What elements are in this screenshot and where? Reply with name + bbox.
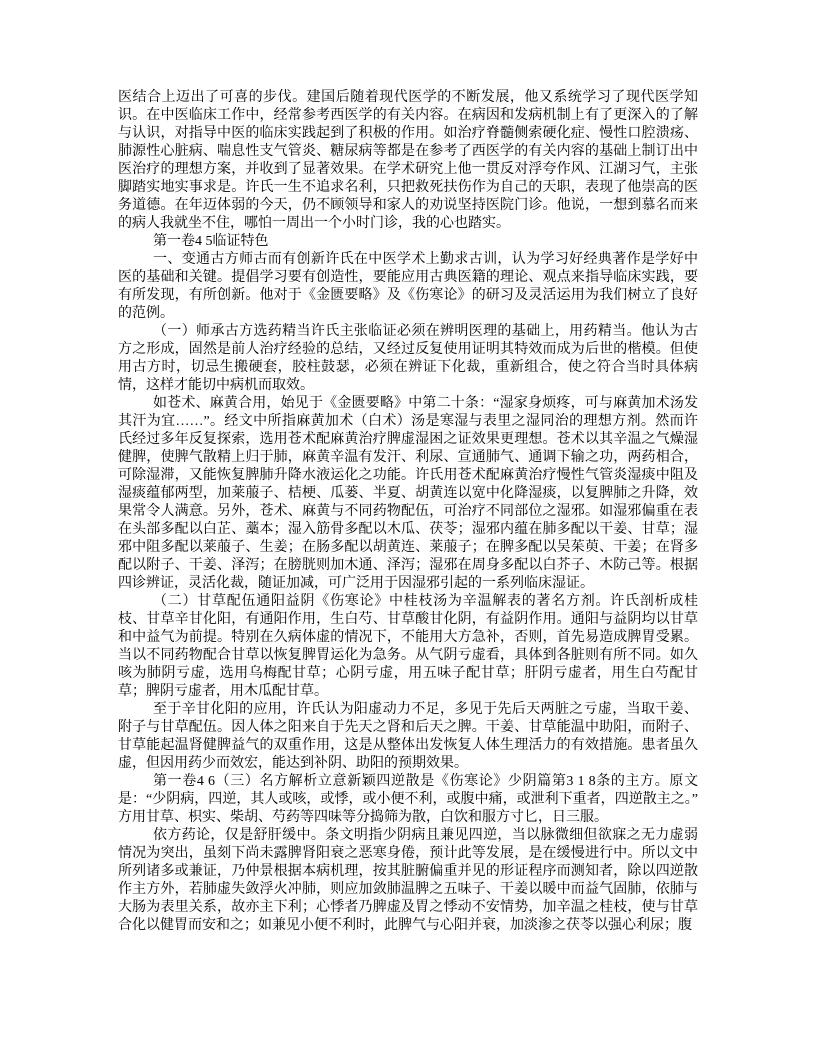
- paragraph: （一）师承古方选药精当许氏主张临证必须在辨明医理的基础上，用药精当。他认为古方之…: [118, 323, 698, 395]
- paragraph: 一、变通古方师古而有创新许氏在中医学术上勤求古训，认为学习好经典著作是学好中医的…: [118, 251, 698, 323]
- paragraph: 医结合上迈出了可喜的步伐。建国后随着现代医学的不断发展，他又系统学习了现代医学知…: [118, 89, 698, 233]
- document-page: 医结合上迈出了可喜的步伐。建国后随着现代医学的不断发展，他又系统学习了现代医学知…: [0, 0, 816, 1056]
- paragraph: （二）甘草配伍通阳益阴《伤寒论》中桂枝汤为辛温解表的著名方剂。许氏剖析成桂枝、甘…: [118, 593, 698, 701]
- page-text: 医结合上迈出了可喜的步伐。建国后随着现代医学的不断发展，他又系统学习了现代医学知…: [118, 89, 698, 935]
- paragraph: 至于辛甘化阳的应用，许氏认为阳虚动力不足，多见于先后天两脏之亏虚，当取干姜、附子…: [118, 701, 698, 773]
- paragraph: 如苍术、麻黄合用，始见于《金匮要略》中第二十条：“湿家身烦疼，可与麻黄加术汤发其…: [118, 395, 698, 593]
- paragraph: 依方药论，仅是舒肝缓中。条文明指少阴病且兼见四逆，当以脉微细但欲寐之无力虚弱情况…: [118, 827, 698, 935]
- paragraph: 第一卷4 6（三）名方解析立意新颖四逆散是《伤寒论》少阴篇第3 1 8条的主方。…: [118, 773, 698, 827]
- paragraph: 第一卷4 5临证特色: [118, 233, 698, 251]
